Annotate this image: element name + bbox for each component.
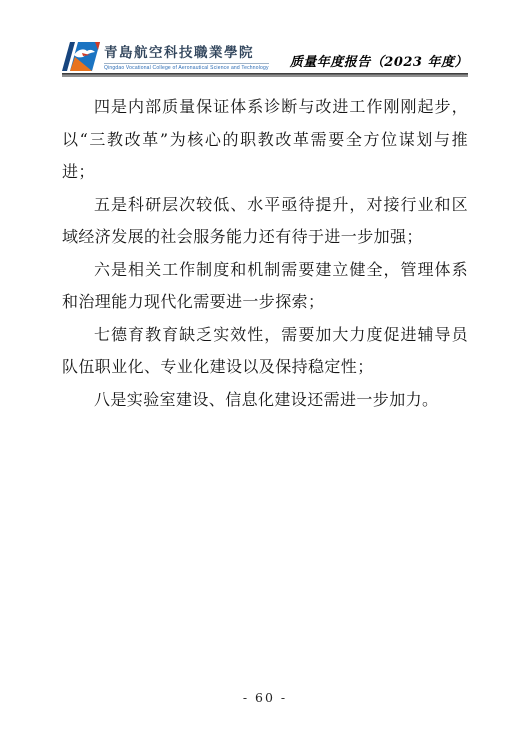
- document-body: 四是内部质量保证体系诊断与改进工作刚刚起步，以“三教改革”为核心的职教改革需要全…: [62, 91, 468, 416]
- paragraph: 七德育教育缺乏实效性，需要加大力度促进辅导员队伍职业化、专业化建设以及保持稳定性…: [62, 319, 468, 384]
- college-name-english: Qingdao Vocational College of Aeronautic…: [104, 63, 269, 72]
- college-logo-text: 青島航空科技職業學院 Qingdao Vocational College of…: [104, 41, 269, 72]
- college-logo: 青島航空科技職業學院 Qingdao Vocational College of…: [62, 41, 269, 72]
- paragraph: 四是内部质量保证体系诊断与改进工作刚刚起步，以“三教改革”为核心的职教改革需要全…: [62, 91, 468, 189]
- page-header: 青島航空科技職業學院 Qingdao Vocational College of…: [62, 41, 468, 72]
- paragraph: 八是实验室建设、信息化建设还需进一步加力。: [62, 384, 468, 417]
- paragraph: 五是科研层次较低、水平亟待提升，对接行业和区域经济发展的社会服务能力还有待于进一…: [62, 189, 468, 254]
- report-title: 质量年度报告（2023 年度）: [290, 51, 468, 72]
- document-page: 青島航空科技職業學院 Qingdao Vocational College of…: [0, 0, 530, 750]
- page-number: - 60 -: [0, 690, 530, 705]
- paragraph: 六是相关工作制度和机制需要建立健全，管理体系和治理能力现代化需要进一步探索；: [62, 254, 468, 319]
- header-divider: [62, 73, 468, 77]
- college-logo-icon: [62, 41, 100, 72]
- college-name: 青島航空科技職業學院: [104, 46, 269, 61]
